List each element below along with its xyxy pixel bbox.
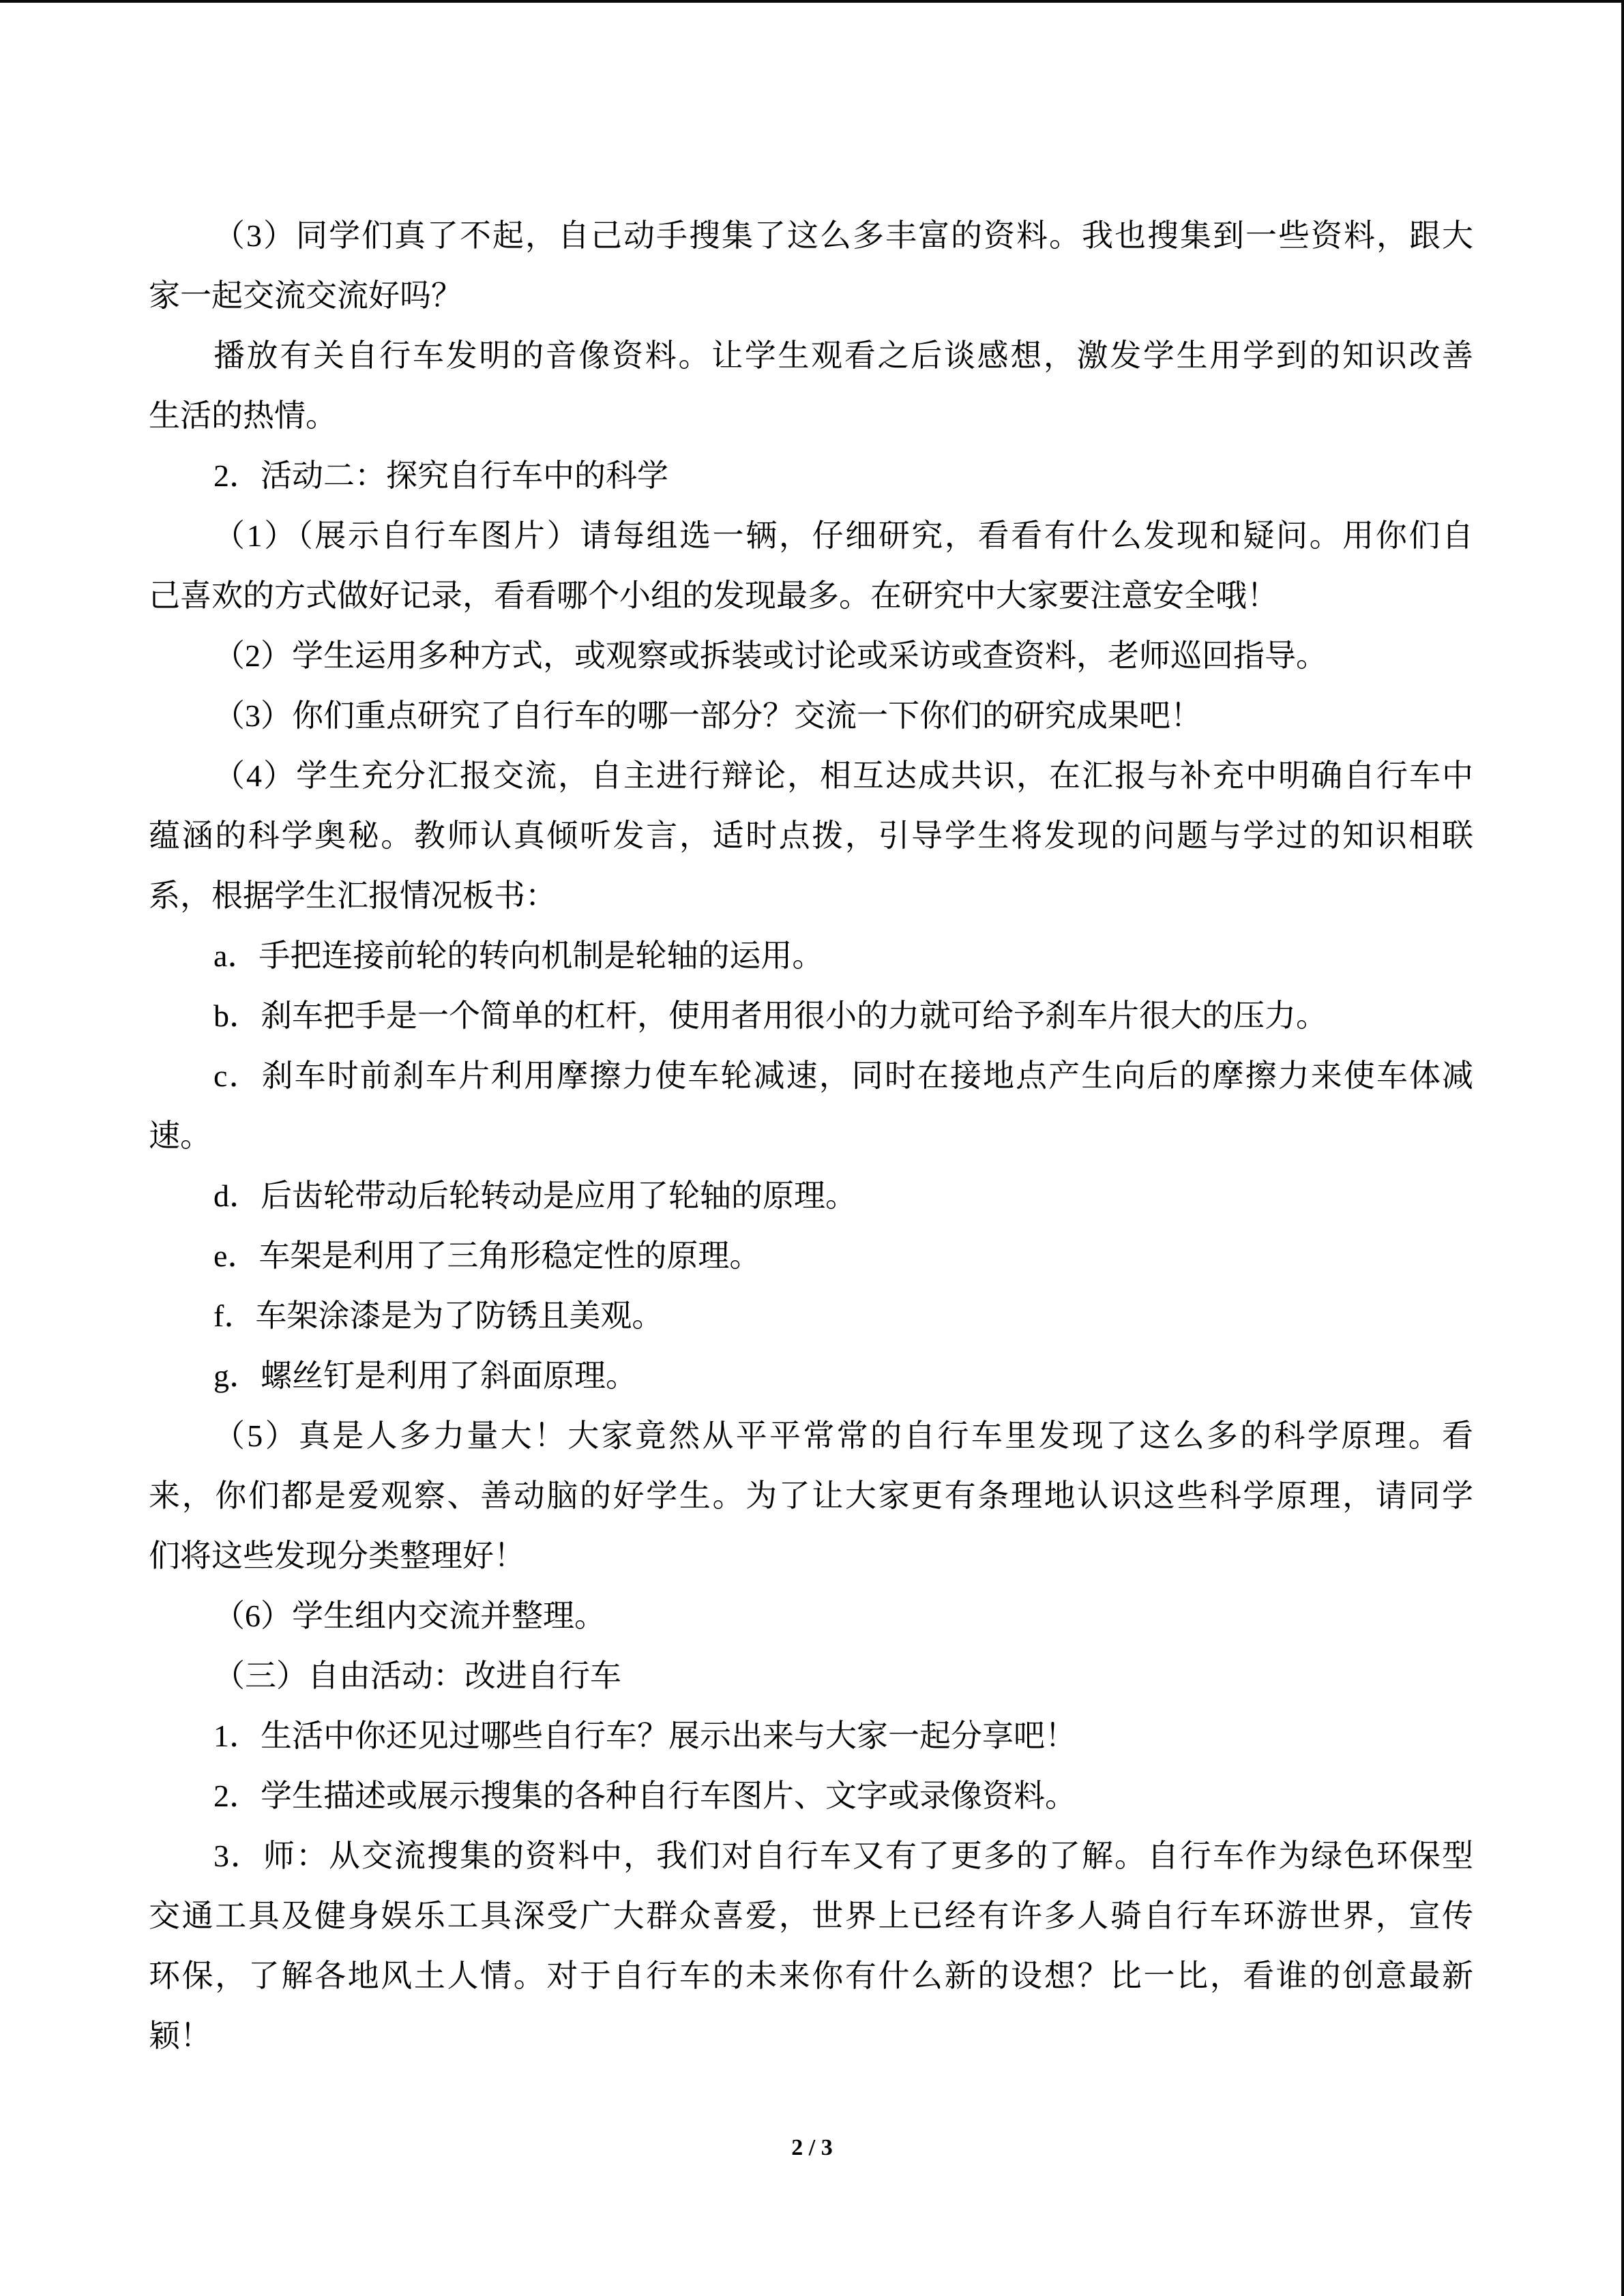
text-line: 己喜欢的方式做好记录，看看哪个小组的发现最多。在研究中大家要注意安全哦！ (149, 566, 1473, 626)
paragraph-collect-materials: （3）同学们真了不起，自己动手搜集了这么多丰富的资料。我也搜集到一些资料，跟大 … (149, 206, 1473, 326)
paragraph-play-video: 播放有关自行车发明的音像资料。让学生观看之后谈感想，激发学生用学到的知识改善 生… (149, 326, 1473, 446)
list-item-c: c．刹车时前刹车片利用摩擦力使车轮减速，同时在接地点产生向后的摩擦力来使车体减 (149, 1046, 1473, 1106)
list-item-c-continued: 速。 (149, 1106, 1473, 1166)
list-item-e: e．车架是利用了三角形稳定性的原理。 (149, 1226, 1473, 1286)
text-line: 交通工具及健身娱乐工具深受广大群众喜爱，世界上已经有许多人骑自行车环游世界，宣传 (149, 1886, 1473, 1946)
list-item-g: g．螺丝钉是利用了斜面原理。 (149, 1346, 1473, 1406)
text-line: 生活的热情。 (149, 386, 1473, 446)
text-line: （3）你们重点研究了自行车的哪一部分？交流一下你们的研究成果吧！ (149, 686, 1473, 746)
text-line: （6）学生组内交流并整理。 (149, 1586, 1473, 1646)
paragraph-activity-2-step-4: （4）学生充分汇报交流，自主进行辩论，相互达成共识，在汇报与补充中明确自行车中 … (149, 746, 1473, 926)
text-line: 们将这些发现分类整理好！ (149, 1526, 1473, 1586)
text-line: 家一起交流交流好吗？ (149, 266, 1473, 326)
section-heading: 2．活动二：探究自行车中的科学 (149, 446, 1473, 506)
text-line: 系，根据学生汇报情况板书： (149, 866, 1473, 926)
heading-free-activity: （三）自由活动：改进自行车 (149, 1646, 1473, 1706)
paragraph-activity-2-step-5: （5）真是人多力量大！大家竟然从平平常常的自行车里发现了这么多的科学原理。看 来… (149, 1406, 1473, 1586)
text-line: 1．生活中你还见过哪些自行车？展示出来与大家一起分享吧！ (149, 1706, 1473, 1766)
text-line: 3．师：从交流搜集的资料中，我们对自行车又有了更多的了解。自行车作为绿色环保型 (149, 1826, 1473, 1886)
text-line: （5）真是人多力量大！大家竟然从平平常常的自行车里发现了这么多的科学原理。看 (149, 1406, 1473, 1466)
paragraph-free-activity-step-2: 2．学生描述或展示搜集的各种自行车图片、文字或录像资料。 (149, 1766, 1473, 1826)
text-line: 播放有关自行车发明的音像资料。让学生观看之后谈感想，激发学生用学到的知识改善 (149, 326, 1473, 386)
page-frame-top-border (0, 0, 1624, 3)
page-number: 2 / 3 (0, 2133, 1624, 2163)
list-item-b: b．刹车把手是一个简单的杠杆，使用者用很小的力就可给予刹车片很大的压力。 (149, 986, 1473, 1046)
paragraph-free-activity-step-1: 1．生活中你还见过哪些自行车？展示出来与大家一起分享吧！ (149, 1706, 1473, 1766)
text-line: （3）同学们真了不起，自己动手搜集了这么多丰富的资料。我也搜集到一些资料，跟大 (149, 206, 1473, 266)
paragraph-activity-2-step-3: （3）你们重点研究了自行车的哪一部分？交流一下你们的研究成果吧！ (149, 686, 1473, 746)
list-item-f: f．车架涂漆是为了防锈且美观。 (149, 1286, 1473, 1346)
paragraph-activity-2-step-6: （6）学生组内交流并整理。 (149, 1586, 1473, 1646)
document-body: （3）同学们真了不起，自己动手搜集了这么多丰富的资料。我也搜集到一些资料，跟大 … (149, 206, 1473, 2066)
section-heading: （三）自由活动：改进自行车 (149, 1646, 1473, 1706)
text-line: 蕴涵的科学奥秘。教师认真倾听发言，适时点拨，引导学生将发现的问题与学过的知识相联 (149, 806, 1473, 866)
list-item-a: a．手把连接前轮的转向机制是轮轴的运用。 (149, 926, 1473, 986)
text-line: （2）学生运用多种方式，或观察或拆装或讨论或采访或查资料，老师巡回指导。 (149, 626, 1473, 686)
text-line: 来，你们都是爱观察、善动脑的好学生。为了让大家更有条理地认识这些科学原理，请同学 (149, 1466, 1473, 1526)
board-notes-list: a．手把连接前轮的转向机制是轮轴的运用。 b．刹车把手是一个简单的杠杆，使用者用… (149, 926, 1473, 1406)
heading-activity-2: 2．活动二：探究自行车中的科学 (149, 446, 1473, 506)
paragraph-free-activity-step-3: 3．师：从交流搜集的资料中，我们对自行车又有了更多的了解。自行车作为绿色环保型 … (149, 1826, 1473, 2066)
page-frame-right-border (1621, 0, 1624, 2296)
text-line: 颖！ (149, 2006, 1473, 2066)
text-line: 环保，了解各地风土人情。对于自行车的未来你有什么新的设想？比一比，看谁的创意最新 (149, 1946, 1473, 2006)
paragraph-activity-2-step-1: （1）（展示自行车图片）请每组选一辆，仔细研究，看看有什么发现和疑问。用你们自 … (149, 506, 1473, 626)
text-line: （1）（展示自行车图片）请每组选一辆，仔细研究，看看有什么发现和疑问。用你们自 (149, 506, 1473, 566)
text-line: （4）学生充分汇报交流，自主进行辩论，相互达成共识，在汇报与补充中明确自行车中 (149, 746, 1473, 806)
list-item-d: d．后齿轮带动后轮转动是应用了轮轴的原理。 (149, 1166, 1473, 1226)
paragraph-activity-2-step-2: （2）学生运用多种方式，或观察或拆装或讨论或采访或查资料，老师巡回指导。 (149, 626, 1473, 686)
text-line: 2．学生描述或展示搜集的各种自行车图片、文字或录像资料。 (149, 1766, 1473, 1826)
